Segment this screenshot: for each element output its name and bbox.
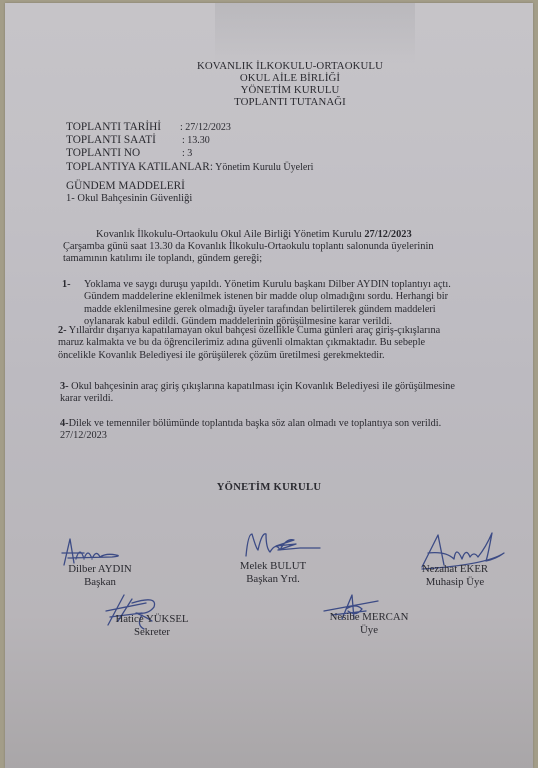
- meta-date-label: TOPLANTI TARİHİ: [66, 121, 180, 133]
- item-text: Okul bahçesinin araç giriş çıkışlarına k…: [60, 381, 455, 404]
- item-text: Yıllardır dışarıya kapatılamayan okul ba…: [58, 325, 440, 361]
- signatory-role: Başkan: [56, 576, 144, 589]
- signatory-block: Hatice YÜKSEL Sekreter: [102, 613, 202, 639]
- signatory-name: Nezahat EKER: [400, 563, 510, 576]
- closing-date: 27/12/2023: [60, 430, 460, 442]
- meta-date-value: : 27/12/2023: [180, 122, 231, 133]
- signatory-name: Hatice YÜKSEL: [102, 613, 202, 626]
- item-text: Yoklama ve saygı duruşu yapıldı. Yönetim…: [62, 279, 452, 329]
- meeting-meta: TOPLANTI TARİHİ: 27/12/2023 TOPLANTI SAA…: [66, 121, 313, 174]
- item-number: 1-: [62, 279, 71, 291]
- meta-date-row: TOPLANTI TARİHİ: 27/12/2023: [66, 121, 313, 134]
- meta-time-value: : 13.30: [182, 135, 210, 146]
- item-number: 4-: [60, 418, 69, 429]
- agenda-item: 1- Okul Bahçesinin Güvenliği: [66, 193, 192, 206]
- signatory-role: Üye: [314, 624, 424, 637]
- intro-date: 27/12/2023: [364, 229, 411, 240]
- agenda-section: GÜNDEM MADDELERİ 1- Okul Bahçesinin Güve…: [66, 180, 192, 205]
- signatory-block: Dilber AYDIN Başkan: [56, 563, 144, 589]
- board-title: YÖNETİM KURULU: [0, 481, 538, 495]
- item-number: 2-: [58, 325, 67, 336]
- signatory-name: Nesibe MERCAN: [314, 611, 424, 624]
- intro-paragraph: Kovanlık İlkokulu-Ortaokulu Okul Aile Bi…: [63, 229, 443, 266]
- signatory-role: Muhasip Üye: [400, 576, 510, 589]
- signatory-block: Nesibe MERCAN Üye: [314, 611, 424, 637]
- minutes-item-1: 1- Yoklama ve saygı duruşu yapıldı. Yöne…: [62, 279, 452, 329]
- intro-text-start: Kovanlık İlkokulu-Ortaokulu Okul Aile Bi…: [63, 229, 364, 240]
- signatory-name: Dilber AYDIN: [56, 563, 144, 576]
- item-number: 3-: [60, 381, 69, 392]
- header-board: YÖNETİM KURULU: [150, 84, 430, 96]
- signatory-role: Başkan Yrd.: [220, 573, 326, 586]
- meta-time-label: TOPLANTI SAATİ: [66, 134, 182, 146]
- document-header: KOVANLIK İLKOKULU-ORTAOKULU OKUL AİLE Bİ…: [150, 60, 430, 108]
- header-association: OKUL AİLE BİRLİĞİ: [150, 72, 430, 84]
- signatory-block: Nezahat EKER Muhasip Üye: [400, 563, 510, 589]
- meta-no-label: TOPLANTI NO: [66, 147, 182, 159]
- agenda-title: GÜNDEM MADDELERİ: [66, 180, 192, 193]
- meeting-minutes-document: KOVANLIK İLKOKULU-ORTAOKULU OKUL AİLE Bİ…: [0, 0, 538, 768]
- signatory-name: Melek BULUT: [220, 560, 326, 573]
- header-title: TOPLANTI TUTANAĞI: [150, 96, 430, 108]
- minutes-item-3: 3- Okul bahçesinin araç giriş çıkışların…: [60, 381, 460, 406]
- minutes-item-4: 4-Dilek ve temenniler bölümünde toplantı…: [60, 418, 460, 443]
- signature-icon: [242, 528, 322, 562]
- meta-no-value: : 3: [182, 148, 192, 159]
- item-text: Dilek ve temenniler bölümünde toplantıda…: [69, 418, 442, 429]
- meta-no-row: TOPLANTI NO: 3: [66, 147, 313, 160]
- meta-attendees-value: Yönetim Kurulu Üyeleri: [213, 162, 313, 173]
- minutes-item-2: 2- Yıllardır dışarıya kapatılamayan okul…: [58, 325, 458, 362]
- intro-text-end: Çarşamba günü saat 13.30 da Kovanlık İlk…: [63, 241, 434, 264]
- meta-attendees-row: TOPLANTIYA KATILANLAR: Yönetim Kurulu Üy…: [66, 161, 313, 174]
- meta-time-row: TOPLANTI SAATİ: 13.30: [66, 134, 313, 147]
- header-school-name: KOVANLIK İLKOKULU-ORTAOKULU: [150, 60, 430, 72]
- signatory-block: Melek BULUT Başkan Yrd.: [220, 560, 326, 586]
- meta-attendees-label: TOPLANTIYA KATILANLAR:: [66, 161, 213, 173]
